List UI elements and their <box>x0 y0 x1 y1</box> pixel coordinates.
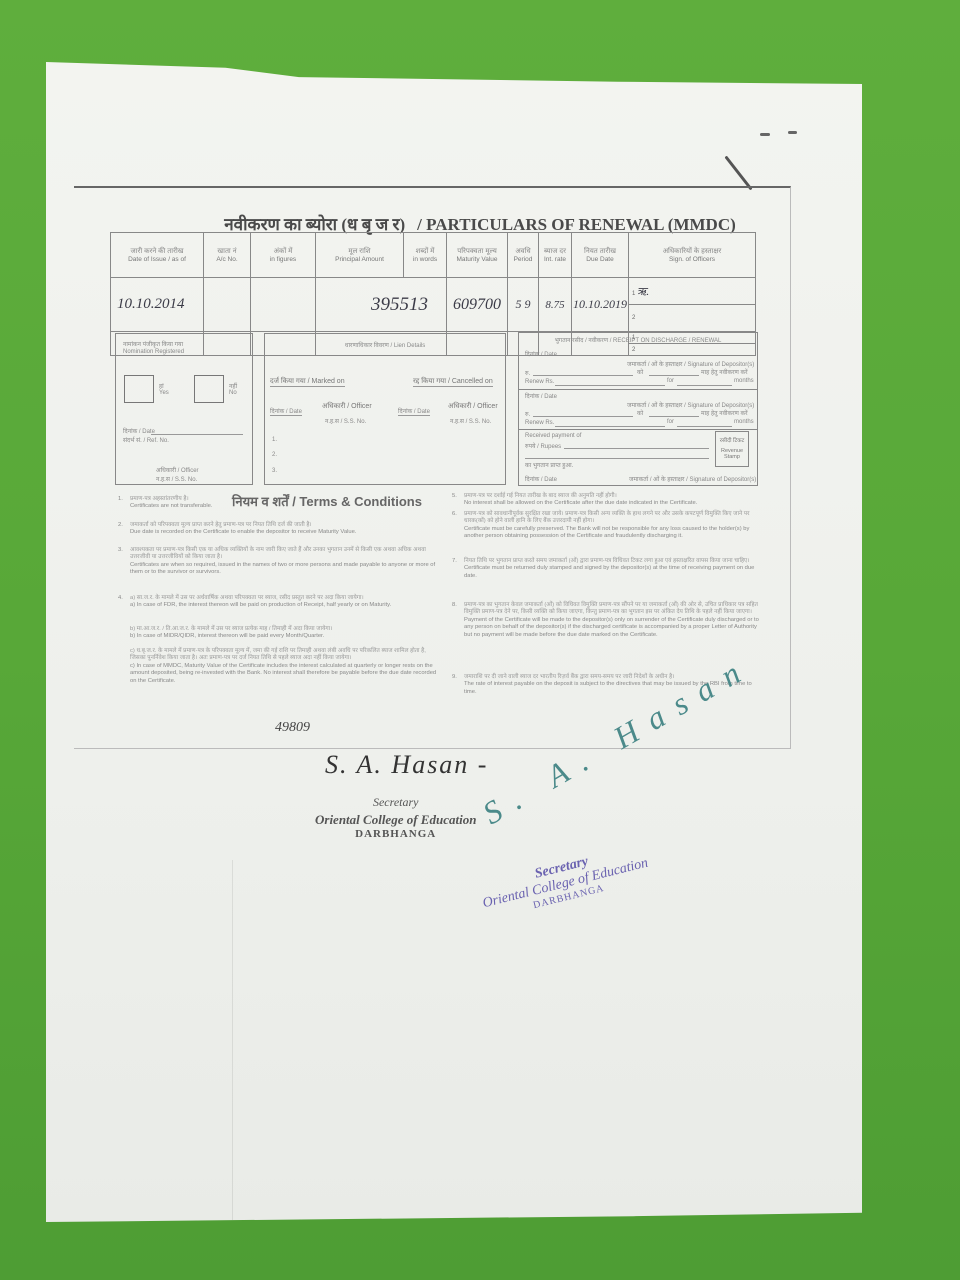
col-sign-officers: अधिकारियों के हस्ताक्षरSign. of Officers <box>629 233 756 278</box>
receipt-date-3: दिनांक / Date <box>525 475 557 483</box>
term-3: 3.आवश्यकता पर प्रमाण-पत्र किसी एक या अधि… <box>130 547 440 577</box>
cell-ac-no <box>204 278 251 332</box>
officer-slot-2: 2 <box>629 305 756 332</box>
cell-principal-figures <box>251 278 316 332</box>
nomination-no-checkbox[interactable] <box>194 375 224 403</box>
nomination-yes-checkbox[interactable] <box>124 375 154 403</box>
lien-row-2: 2. <box>272 452 277 458</box>
lien-marked-on: दर्ज किया गया / Marked on <box>270 377 345 387</box>
nomination-ref-label: संदर्भ सं. / Ref. No. <box>123 436 169 444</box>
term-4c: c) ध.बृ.ज.र. के मामले में प्रमाण-पत्र के… <box>130 648 440 685</box>
term-5: 5.प्रमाण-पत्र पर दर्शाई गई नियत तारीख के… <box>464 493 760 508</box>
nomination-officer-label: अधिकारी / Officer <box>156 466 199 474</box>
renew-rs-1: Renew Rs. <box>525 379 554 385</box>
nomination-box: नामांकन पंजीकृत किया गया Nomination Regi… <box>115 333 253 485</box>
lien-details-box: धारणाधिकार विवरण / Lien Details दर्ज किय… <box>264 333 506 485</box>
rupees-label: रुपये / Rupees <box>525 442 561 450</box>
receipt-sig-depositor-2: जमाकर्ता / ओं के हस्ताक्षर / Signature o… <box>627 401 754 409</box>
signature-1: S. A. Hasan - <box>325 750 488 780</box>
receipt-sig-depositor-3: जमाकर्ता / ओं के हस्ताक्षर / Signature o… <box>629 475 756 483</box>
term-4a: 4.a) सा.ज.र. के मामले में उस पर अर्धवार्… <box>130 595 440 610</box>
lien-cancelled-on: रद्द किया गया / Cancelled on <box>413 377 493 387</box>
nomination-ssno-label: न.ह.स / S.S. No. <box>156 475 197 483</box>
col-due-date: नियत तारीखDue Date <box>572 233 629 278</box>
term-8: 8.प्रमाण-पत्र का भुगतान केवल जमाकर्ता (ओ… <box>464 602 760 639</box>
table-header-row: जारी करने की तारीखDate of Issue / as of … <box>111 233 756 278</box>
pen-mark <box>788 131 797 134</box>
handwritten-number: 49809 <box>275 720 310 736</box>
no-label-hindi: नहीं <box>229 382 237 390</box>
col-date-of-issue: जारी करने की तारीखDate of Issue / as of <box>111 233 204 278</box>
yes-label: Yes <box>159 390 169 396</box>
lien-ssno-2: न.ह.स / S.S. No. <box>450 417 491 425</box>
cell-due-date: 10.10.2019 <box>572 278 629 332</box>
col-in-figures: अंकों मेंin figures <box>251 233 316 278</box>
lien-row-3: 3. <box>272 468 277 474</box>
date-line <box>151 434 243 435</box>
receipt-sig-depositor-1: जमाकर्ता / ओं के हस्ताक्षर / Signature o… <box>627 360 754 368</box>
term-1: 1.प्रमाण-पत्र अहस्तांतरणीय है।Certificat… <box>130 496 230 511</box>
cell-date-of-issue: 10.10.2014 <box>111 278 204 332</box>
officer-slot-1: 1 ऋ. <box>629 278 756 305</box>
renew-rs-2: Renew Rs. <box>525 420 554 426</box>
receipt-date-2: दिनांक / Date <box>525 392 557 400</box>
cell-maturity-value: 609700 <box>447 278 508 332</box>
secretary-stamp-1: Secretary Oriental College of Education … <box>315 795 476 840</box>
table-row: 10.10.2014 395513 609700 5 9 8.75 10.10.… <box>111 278 756 305</box>
col-period: अवधिPeriod <box>508 233 539 278</box>
lien-officer-1: अधिकारी / Officer <box>322 402 372 411</box>
cell-int-rate: 8.75 <box>539 278 572 332</box>
lien-date-1: दिनांक / Date <box>270 407 302 416</box>
revenue-stamp-box: रसीदी टिकट Revenue Stamp <box>715 431 749 467</box>
yes-label-hindi: हां <box>159 382 164 390</box>
term-4b: b) मा.आ.ज.र. / ति.आ.ज.र. के मामले में उस… <box>130 626 440 641</box>
lien-row-1: 1. <box>272 437 277 443</box>
receipt-box: भुगतान रसीद / नवीकरण / RECEIPT ON DISCHA… <box>518 332 758 486</box>
no-label: No <box>229 390 237 396</box>
received-payment-label: Received payment of <box>525 433 581 439</box>
term-6: 6.प्रमाण-पत्र को सावधानीपूर्वक सुरक्षित … <box>464 511 760 541</box>
col-ac-no: खाता नंA/c No. <box>204 233 251 278</box>
col-principal-amount: मूल राशिPrincipal Amount <box>316 233 404 278</box>
nomination-title-english: Nomination Registered <box>123 349 184 355</box>
paper-crease <box>232 860 233 1220</box>
pen-mark <box>760 133 770 136</box>
term-7: 7.नियत तिथि पर भुगतान प्राप्त करते समय ज… <box>464 558 760 580</box>
term-2: 2.जमाकर्ता को परिपक्वता मूल्य प्राप्त कर… <box>130 522 440 537</box>
lien-officer-2: अधिकारी / Officer <box>448 402 498 411</box>
receipt-date-1: दिनांक / Date <box>525 350 557 358</box>
nomination-title-hindi: नामांकन पंजीकृत किया गया <box>123 340 183 348</box>
col-maturity-value: परिपक्वता मूल्यMaturity Value <box>447 233 508 278</box>
receipt-title: भुगतान रसीद / नवीकरण / RECEIPT ON DISCHA… <box>519 336 757 344</box>
cell-period: 5 9 <box>508 278 539 332</box>
lien-date-2: दिनांक / Date <box>398 407 430 416</box>
terms-title: नियम व शर्तें / Terms & Conditions <box>232 492 422 510</box>
lien-ssno-1: न.ह.स / S.S. No. <box>325 417 366 425</box>
col-in-words: शब्दों मेंin words <box>404 233 447 278</box>
cell-principal-words: 395513 <box>316 278 447 332</box>
lien-title: धारणाधिकार विवरण / Lien Details <box>265 341 505 349</box>
col-int-rate: ब्याज दरInt. rate <box>539 233 572 278</box>
